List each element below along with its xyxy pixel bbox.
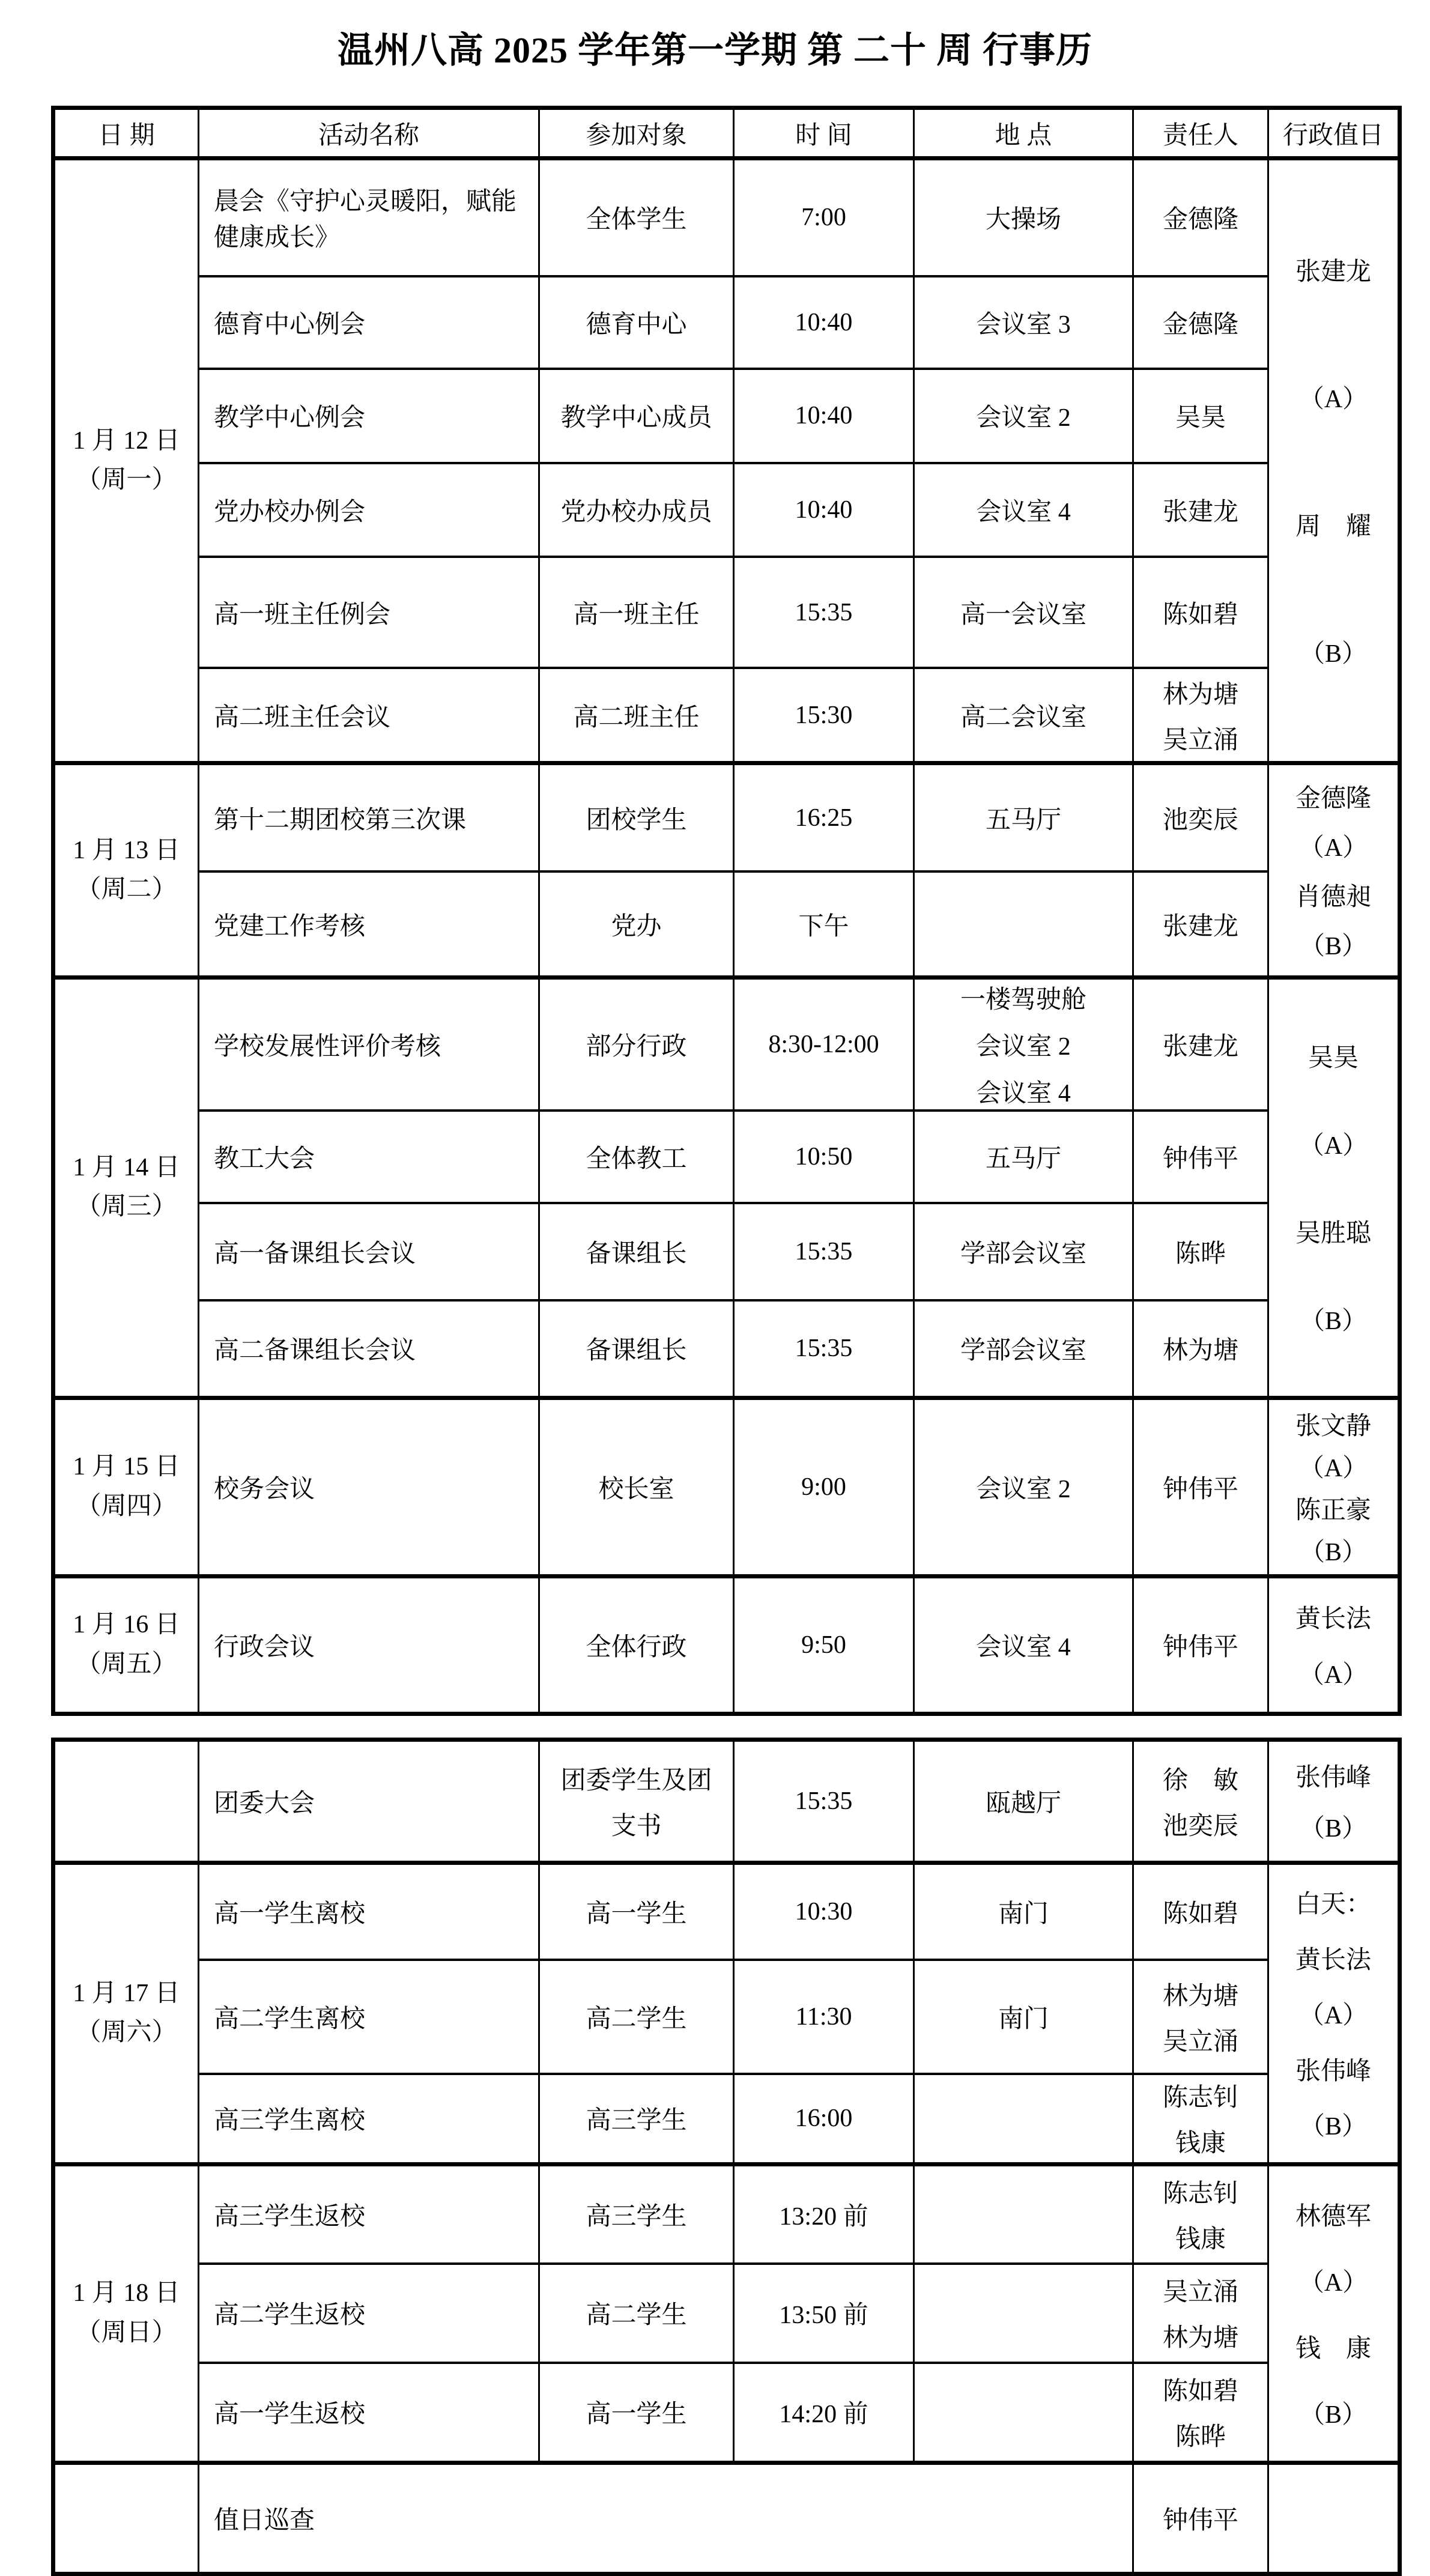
duty-name: 张伟峰 — [1295, 2051, 1371, 2087]
activity-cell: 高一备课组长会议 — [199, 1203, 539, 1300]
responsible-cell: 林为塘 吴立涌 — [1133, 1960, 1268, 2074]
responsible-cell: 徐 敏 池奕辰 — [1133, 1739, 1268, 1862]
activity-cell: 德育中心例会 — [199, 276, 539, 369]
time-cell: 10:40 — [734, 369, 914, 463]
location-cell: 南门 — [914, 1862, 1133, 1960]
weekday-text: （周二） — [55, 870, 198, 909]
responsible-name: 吴立涌 — [1163, 2272, 1238, 2308]
table-row: 党建工作考核 党办 下午 张建龙 — [53, 871, 1400, 978]
activity-cell: 党建工作考核 — [199, 871, 539, 978]
participants-cell: 高一学生 — [539, 2363, 734, 2462]
location-cell: 会议室 3 — [914, 276, 1133, 369]
duty-shift: （B） — [1300, 1301, 1367, 1337]
date-cell-jan14: 1 月 14 日 （周三） — [53, 978, 199, 1398]
duty-shift: （A） — [1299, 1448, 1368, 1484]
table-row: 高二学生返校 高二学生 13:50 前 吴立涌 林为塘 — [53, 2264, 1400, 2363]
location-cell — [914, 2363, 1133, 2462]
activity-cell: 高二学生返校 — [199, 2264, 539, 2363]
time-cell: 10:40 — [734, 463, 914, 557]
duty-name: 黄长法 — [1295, 1940, 1371, 1976]
responsible-cell: 钟伟平 — [1133, 1111, 1268, 1203]
activity-cell: 晨会《守护心灵暖阳，赋能健康成长》 — [199, 159, 539, 276]
duty-shift: （B） — [1300, 1532, 1367, 1568]
responsible-name: 钱康 — [1175, 2219, 1226, 2255]
duty-cell-jan12: 张建龙 （A） 周 耀 （B） — [1268, 159, 1400, 763]
table-row: 1 月 14 日 （周三） 学校发展性评价考核 部分行政 8:30-12:00 … — [53, 978, 1400, 1111]
responsible-name: 陈志钊 — [1163, 2174, 1238, 2210]
responsible-name: 钱康 — [1175, 2123, 1226, 2159]
schedule-table-week-part2: 团委大会 团委学生及团 支书 15:35 瓯越厅 徐 敏 池奕辰 张伟峰 （B） — [51, 1738, 1402, 2576]
duty-label: 白天： — [1295, 1884, 1371, 1920]
activity-cell: 教学中心例会 — [199, 369, 539, 463]
responsible-cell: 陈晔 — [1133, 1203, 1268, 1300]
duty-shift: （B） — [1300, 2395, 1367, 2431]
responsible-name: 林为塘 — [1163, 674, 1238, 711]
participants-cell: 高二班主任 — [539, 668, 734, 763]
location-cell: 高二会议室 — [914, 668, 1133, 763]
activity-cell: 高二学生离校 — [199, 1960, 539, 2074]
activity-cell: 团委大会 — [199, 1739, 539, 1862]
activity-cell: 行政会议 — [199, 1576, 539, 1714]
responsible-cell: 吴昊 — [1133, 369, 1268, 463]
participants-cell: 高二学生 — [539, 1960, 734, 2074]
location-cell: 会议室 4 — [914, 1576, 1133, 1714]
activity-cell: 教工大会 — [199, 1111, 539, 1203]
date-text: 1 月 18 日 — [55, 2274, 198, 2313]
responsible-cell: 钟伟平 — [1133, 2462, 1268, 2574]
participants-cell: 全体教工 — [539, 1111, 734, 1203]
time-cell: 16:00 — [734, 2074, 914, 2164]
participants-cell: 高一班主任 — [539, 557, 734, 668]
weekday-text: （周三） — [55, 1187, 198, 1226]
activity-cell: 高二备课组长会议 — [199, 1300, 539, 1398]
weekday-text: （周六） — [55, 2013, 198, 2052]
duty-cell-jan15: 张文静 （A） 陈正豪 （B） — [1268, 1398, 1400, 1576]
date-text: 1 月 12 日 — [55, 422, 198, 461]
duty-shift: （B） — [1300, 634, 1367, 670]
time-cell: 7:00 — [734, 159, 914, 276]
location-cell — [914, 871, 1133, 978]
activity-cell: 党办校办例会 — [199, 463, 539, 557]
responsible-cell: 张建龙 — [1133, 871, 1268, 978]
responsible-cell: 吴立涌 林为塘 — [1133, 2264, 1268, 2363]
time-cell: 15:35 — [734, 1300, 914, 1398]
duty-cell-jan18: 林德军 （A） 钱 康 （B） — [1268, 2164, 1400, 2462]
responsible-name: 陈志钊 — [1163, 2077, 1238, 2114]
responsible-cell: 池奕辰 — [1133, 763, 1268, 872]
date-cell-jan12: 1 月 12 日 （周一） — [53, 159, 199, 763]
header-responsible: 责任人 — [1133, 108, 1268, 159]
location-line: 会议室 2 — [976, 1026, 1071, 1062]
time-cell: 10:40 — [734, 276, 914, 369]
participants-cell: 高一学生 — [539, 1862, 734, 1960]
responsible-cell: 陈如碧 陈晔 — [1133, 2363, 1268, 2462]
location-cell: 会议室 4 — [914, 463, 1133, 557]
responsible-name: 徐 敏 — [1163, 1760, 1238, 1796]
date-cell-jan13: 1 月 13 日 （周二） — [53, 763, 199, 978]
duty-name: 金德隆 — [1295, 778, 1371, 814]
date-cell-empty — [53, 1739, 199, 1862]
time-cell: 15:35 — [734, 1739, 914, 1862]
duty-cell-jan16: 黄长法 （A） — [1268, 1576, 1400, 1714]
time-cell: 15:30 — [734, 668, 914, 763]
participants-cell: 党办 — [539, 871, 734, 978]
location-cell: 五马厅 — [914, 1111, 1133, 1203]
activity-cell: 高三学生离校 — [199, 2074, 539, 2164]
location-cell: 高一会议室 — [914, 557, 1133, 668]
duty-shift: （A） — [1299, 379, 1368, 415]
duty-shift: （A） — [1299, 828, 1368, 864]
time-cell: 15:35 — [734, 1203, 914, 1300]
weekday-text: （周五） — [55, 1645, 198, 1684]
weekday-text: （周一） — [55, 461, 198, 500]
duty-shift: （A） — [1299, 1995, 1368, 2031]
participants-cell: 部分行政 — [539, 978, 734, 1111]
date-cell-jan16: 1 月 16 日 （周五） — [53, 1576, 199, 1714]
responsible-cell: 林为塘 吴立涌 — [1133, 668, 1268, 763]
activity-cell: 高一学生离校 — [199, 1862, 539, 1960]
responsible-cell: 张建龙 — [1133, 978, 1268, 1111]
responsible-name: 陈如碧 — [1163, 2371, 1238, 2407]
table-row: 值日巡查 钟伟平 — [53, 2462, 1400, 2574]
duty-name: 周 耀 — [1295, 506, 1371, 542]
duty-shift: （B） — [1300, 1808, 1367, 1844]
duty-cell-jan13: 金德隆 （A） 肖德昶 （B） — [1268, 763, 1400, 978]
date-cell-jan17: 1 月 17 日 （周六） — [53, 1862, 199, 2164]
activity-cell: 高三学生返校 — [199, 2164, 539, 2264]
duty-cell-empty — [1268, 2462, 1400, 2574]
table-row: 高二学生离校 高二学生 11:30 南门 林为塘 吴立涌 — [53, 1960, 1400, 2074]
table-row: 1 月 12 日 （周一） 晨会《守护心灵暖阳，赋能健康成长》 全体学生 7:0… — [53, 159, 1400, 276]
duty-cell-jan14: 吴昊 （A） 吴胜聪 （B） — [1268, 978, 1400, 1398]
responsible-name: 林为塘 — [1163, 1976, 1238, 2012]
participants-cell: 备课组长 — [539, 1300, 734, 1398]
duty-cell-jan17: 白天： 黄长法 （A） 张伟峰 （B） — [1268, 1862, 1400, 2164]
time-cell: 10:30 — [734, 1862, 914, 1960]
location-line: 会议室 4 — [976, 1073, 1071, 1109]
table-row: 德育中心例会 德育中心 10:40 会议室 3 金德隆 — [53, 276, 1400, 369]
date-cell-empty — [53, 2462, 199, 2574]
schedule-table-week-part1: 日 期 活动名称 参加对象 时 间 地 点 责任人 行政值日 1 月 12 日 … — [51, 106, 1402, 1716]
location-line: 一楼驾驶舱 — [960, 980, 1086, 1016]
participants-cell: 党办校办成员 — [539, 463, 734, 557]
table-row: 高一班主任例会 高一班主任 15:35 高一会议室 陈如碧 — [53, 557, 1400, 668]
location-cell: 大操场 — [914, 159, 1133, 276]
participants-cell: 德育中心 — [539, 276, 734, 369]
time-cell: 9:50 — [734, 1576, 914, 1714]
table-row: 1 月 15 日 （周四） 校务会议 校长室 9:00 会议室 2 钟伟平 张文… — [53, 1398, 1400, 1576]
participants-line: 团委学生及团 — [560, 1760, 712, 1796]
table-row: 1 月 17 日 （周六） 高一学生离校 高一学生 10:30 南门 陈如碧 白… — [53, 1862, 1400, 1960]
date-text: 1 月 17 日 — [55, 1974, 198, 2013]
responsible-cell: 金德隆 — [1133, 276, 1268, 369]
duty-shift: （B） — [1300, 926, 1367, 962]
participants-cell: 备课组长 — [539, 1203, 734, 1300]
activity-cell: 高一班主任例会 — [199, 557, 539, 668]
time-cell: 14:20 前 — [734, 2363, 914, 2462]
participants-cell: 团委学生及团 支书 — [539, 1739, 734, 1862]
time-cell: 11:30 — [734, 1960, 914, 2074]
responsible-cell: 钟伟平 — [1133, 1576, 1268, 1714]
time-cell: 15:35 — [734, 557, 914, 668]
table-row: 教学中心例会 教学中心成员 10:40 会议室 2 吴昊 — [53, 369, 1400, 463]
location-cell — [914, 2074, 1133, 2164]
table-row: 1 月 16 日 （周五） 行政会议 全体行政 9:50 会议室 4 钟伟平 黄… — [53, 1576, 1400, 1714]
date-cell-jan15: 1 月 15 日 （周四） — [53, 1398, 199, 1576]
responsible-cell: 张建龙 — [1133, 463, 1268, 557]
responsible-cell: 钟伟平 — [1133, 1398, 1268, 1576]
location-cell: 会议室 2 — [914, 369, 1133, 463]
time-cell: 下午 — [734, 871, 914, 978]
time-cell: 13:50 前 — [734, 2264, 914, 2363]
responsible-cell: 陈如碧 — [1133, 557, 1268, 668]
responsible-cell: 林为塘 — [1133, 1300, 1268, 1398]
duty-name: 吴昊 — [1308, 1038, 1359, 1074]
location-cell: 一楼驾驶舱 会议室 2 会议室 4 — [914, 978, 1133, 1111]
duty-name: 吴胜聪 — [1295, 1213, 1371, 1249]
participants-line: 支书 — [611, 1806, 661, 1842]
date-text: 1 月 15 日 — [55, 1447, 198, 1487]
activity-cell-duty-patrol: 值日巡查 — [199, 2462, 1133, 2574]
duty-name: 肖德昶 — [1295, 877, 1371, 913]
duty-shift: （A） — [1299, 1655, 1368, 1691]
table-row: 高一学生返校 高一学生 14:20 前 陈如碧 陈晔 — [53, 2363, 1400, 2462]
location-cell: 会议室 2 — [914, 1398, 1133, 1576]
table-row: 团委大会 团委学生及团 支书 15:35 瓯越厅 徐 敏 池奕辰 张伟峰 （B） — [53, 1739, 1400, 1862]
responsible-cell: 陈志钊 钱康 — [1133, 2164, 1268, 2264]
location-cell: 学部会议室 — [914, 1300, 1133, 1398]
table-header-row: 日 期 活动名称 参加对象 时 间 地 点 责任人 行政值日 — [53, 108, 1400, 159]
location-cell — [914, 2164, 1133, 2264]
responsible-cell: 陈志钊 钱康 — [1133, 2074, 1268, 2164]
table-row: 1 月 18 日 （周日） 高三学生返校 高三学生 13:20 前 陈志钊 钱康… — [53, 2164, 1400, 2264]
activity-cell: 学校发展性评价考核 — [199, 978, 539, 1111]
table-row: 1 月 13 日 （周二） 第十二期团校第三次课 团校学生 16:25 五马厅 … — [53, 763, 1400, 872]
location-cell: 五马厅 — [914, 763, 1133, 872]
responsible-name: 池奕辰 — [1163, 1806, 1238, 1842]
duty-name: 张建龙 — [1295, 252, 1371, 288]
header-time: 时 间 — [734, 108, 914, 159]
weekday-text: （周四） — [55, 1487, 198, 1526]
date-text: 1 月 13 日 — [55, 831, 198, 870]
date-text: 1 月 16 日 — [55, 1605, 198, 1644]
activity-cell: 第十二期团校第三次课 — [199, 763, 539, 872]
participants-cell: 团校学生 — [539, 763, 734, 872]
table-row: 党办校办例会 党办校办成员 10:40 会议室 4 张建龙 — [53, 463, 1400, 557]
activity-cell: 高二班主任会议 — [199, 668, 539, 763]
activity-cell: 高一学生返校 — [199, 2363, 539, 2462]
participants-cell: 校长室 — [539, 1398, 734, 1576]
table-row: 教工大会 全体教工 10:50 五马厅 钟伟平 — [53, 1111, 1400, 1203]
time-cell: 8:30-12:00 — [734, 978, 914, 1111]
participants-cell: 高三学生 — [539, 2164, 734, 2264]
time-cell: 10:50 — [734, 1111, 914, 1203]
duty-name: 钱 康 — [1295, 2329, 1371, 2365]
duty-cell-fri-b: 张伟峰 （B） — [1268, 1739, 1400, 1862]
table-row: 高一备课组长会议 备课组长 15:35 学部会议室 陈晔 — [53, 1203, 1400, 1300]
duty-shift: （A） — [1299, 2262, 1368, 2299]
table-row: 高二备课组长会议 备课组长 15:35 学部会议室 林为塘 — [53, 1300, 1400, 1398]
duty-name: 陈正豪 — [1295, 1490, 1371, 1526]
duty-shift: （B） — [1300, 2106, 1367, 2142]
participants-cell: 教学中心成员 — [539, 369, 734, 463]
activity-cell: 校务会议 — [199, 1398, 539, 1576]
participants-cell: 高二学生 — [539, 2264, 734, 2363]
participants-cell: 高三学生 — [539, 2074, 734, 2164]
responsible-name: 吴立涌 — [1163, 2022, 1238, 2058]
responsible-cell: 金德隆 — [1133, 159, 1268, 276]
schedule-page: 温州八高 2025 学年第一学期 第 二十 周 行事历 日 期 活动名称 参加对… — [0, 0, 1430, 2575]
location-cell — [914, 2264, 1133, 2363]
duty-name: 张文静 — [1295, 1406, 1371, 1442]
time-cell: 9:00 — [734, 1398, 914, 1576]
date-cell-jan18: 1 月 18 日 （周日） — [53, 2164, 199, 2462]
time-cell: 16:25 — [734, 763, 914, 872]
responsible-name: 吴立涌 — [1163, 720, 1238, 756]
header-duty: 行政值日 — [1268, 108, 1400, 159]
participants-cell: 全体学生 — [539, 159, 734, 276]
date-text: 1 月 14 日 — [55, 1148, 198, 1187]
duty-name: 黄长法 — [1295, 1599, 1371, 1635]
header-activity: 活动名称 — [199, 108, 539, 159]
header-date: 日 期 — [53, 108, 199, 159]
duty-name: 张伟峰 — [1295, 1757, 1371, 1793]
responsible-cell: 陈如碧 — [1133, 1862, 1268, 1960]
duty-name: 林德军 — [1295, 2196, 1371, 2232]
location-cell: 学部会议室 — [914, 1203, 1133, 1300]
responsible-name: 陈晔 — [1175, 2417, 1226, 2453]
location-cell: 南门 — [914, 1960, 1133, 2074]
header-location: 地 点 — [914, 108, 1133, 159]
time-cell: 13:20 前 — [734, 2164, 914, 2264]
responsible-name: 林为塘 — [1163, 2318, 1238, 2354]
header-participants: 参加对象 — [539, 108, 734, 159]
weekday-text: （周日） — [55, 2314, 198, 2353]
location-cell: 瓯越厅 — [914, 1739, 1133, 1862]
page-title: 温州八高 2025 学年第一学期 第 二十 周 行事历 — [0, 0, 1430, 73]
participants-cell: 全体行政 — [539, 1576, 734, 1714]
duty-shift: （A） — [1299, 1126, 1368, 1162]
table-row: 高二班主任会议 高二班主任 15:30 高二会议室 林为塘 吴立涌 — [53, 668, 1400, 763]
table-row: 高三学生离校 高三学生 16:00 陈志钊 钱康 — [53, 2074, 1400, 2164]
